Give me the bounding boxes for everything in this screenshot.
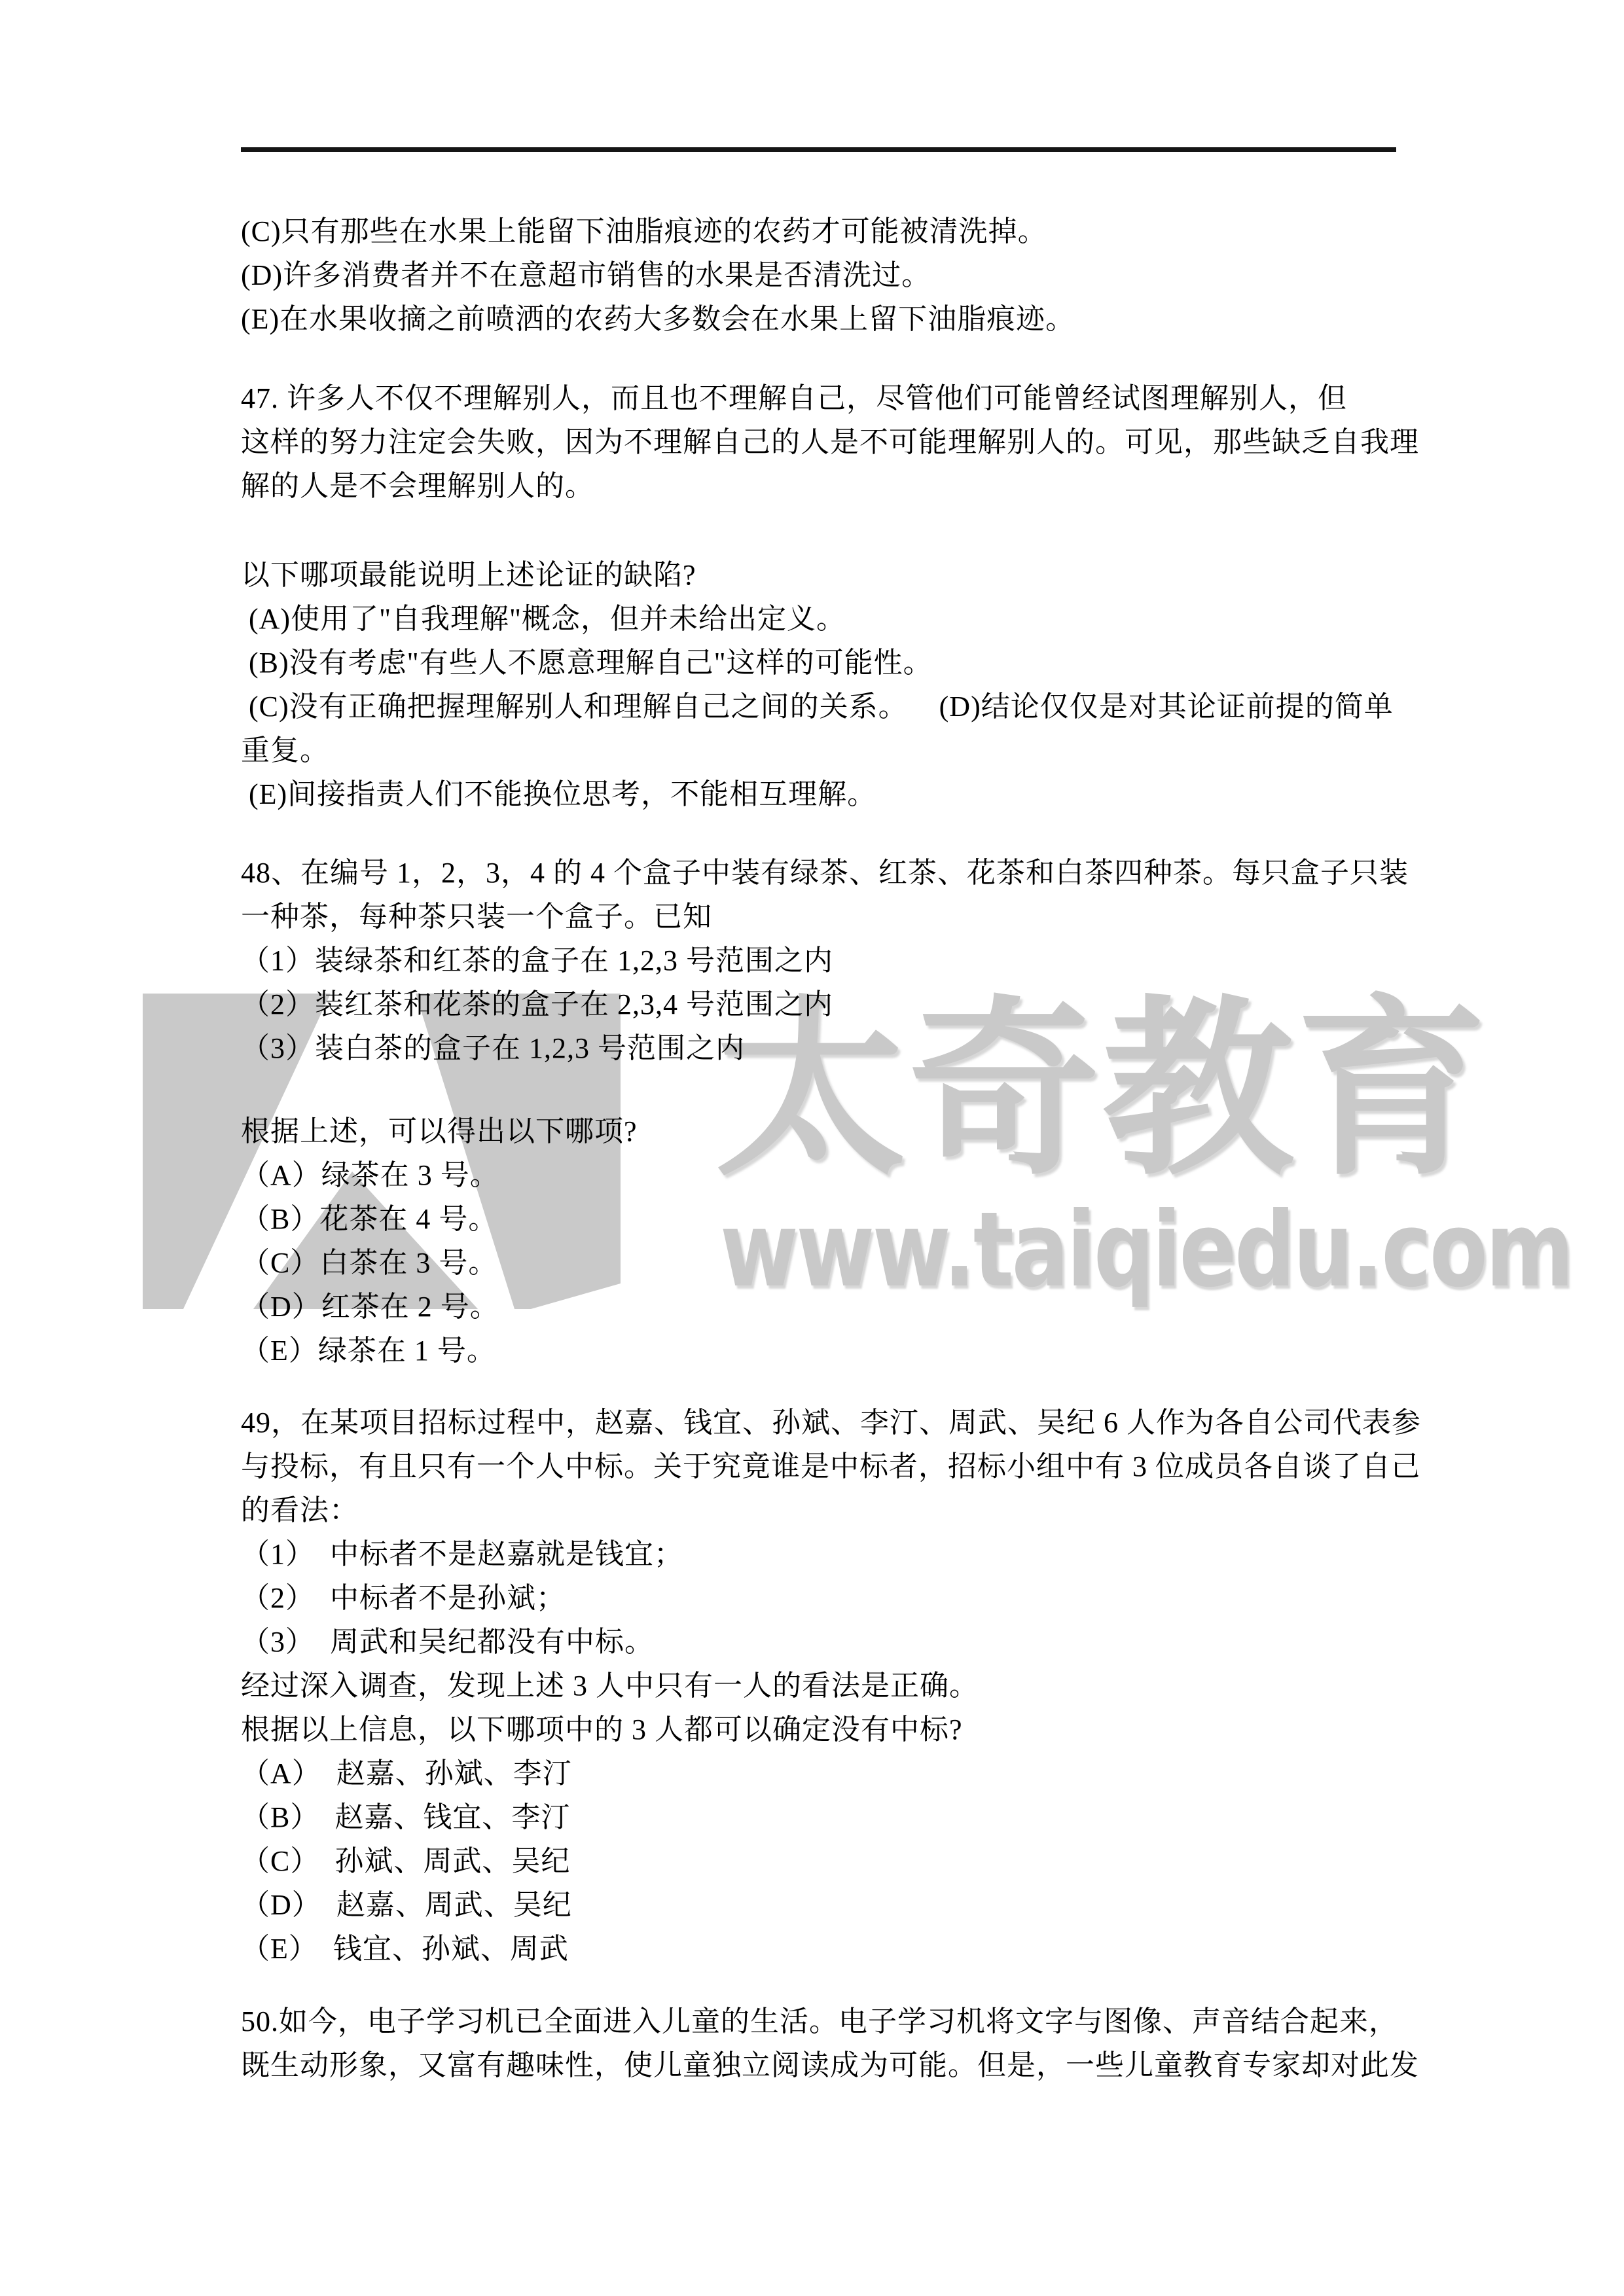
header-rule [241, 147, 1396, 152]
q49-option-e: （E） 钱宜、孙斌、周武 [241, 1927, 1413, 1971]
document-text: (C)只有那些在水果上能留下油脂痕迹的农药才可能被清洗掉。 (D)许多消费者并不… [241, 209, 1413, 2087]
q50-stem-line-1: 50.如今，电子学习机已全面进入儿童的生活。电子学习机将文字与图像、声音结合起来… [241, 2000, 1413, 2043]
q49-followup-line-1: 经过深入调查，发现上述 3 人中只有一人的看法是正确。 [241, 1664, 1413, 1708]
q48-option-d: （D）红茶在 2 号。 [241, 1285, 1413, 1329]
q46-option-d: (D)许多消费者并不在意超市销售的水果是否清洗过。 [241, 253, 1413, 297]
q49-stem-line-2: 与投标，有且只有一个人中标。关于究竟谁是中标者，招标小组中有 3 位成员各自谈了… [241, 1444, 1413, 1488]
q48-option-a: （A）绿茶在 3 号。 [241, 1153, 1413, 1197]
q48-option-e: （E）绿茶在 1 号。 [241, 1329, 1413, 1372]
q49-option-d: （D） 赵嘉、周武、吴纪 [241, 1883, 1413, 1927]
q48-condition-2: （2）装红茶和花茶的盒子在 2,3,4 号范围之内 [241, 982, 1413, 1026]
q47-option-b: (B)没有考虑"有些人不愿意理解自己"这样的可能性。 [241, 641, 1413, 685]
q49-stem-line-3: 的看法： [241, 1488, 1413, 1532]
q47-stem-line-2: 这样的努力注定会失败，因为不理解自己的人是不可能理解别人的。可见，那些缺乏自我理 [241, 420, 1413, 464]
q48-prompt: 根据上述，可以得出以下哪项? [241, 1109, 1413, 1153]
q46-option-e: (E)在水果收摘之前喷洒的农药大多数会在水果上留下油脂痕迹。 [241, 297, 1413, 341]
q49-option-b: （B） 赵嘉、钱宜、李汀 [241, 1795, 1413, 1839]
exam-page: 太奇教育 www.taiqiedu.com (C)只有那些在水果上能留下油脂痕迹… [0, 0, 1624, 2296]
q47-stem-line-1: 47. 许多人不仅不理解别人，而且也不理解自己，尽管他们可能曾经试图理解别人，但 [241, 376, 1413, 420]
q48-option-b: （B）花茶在 4 号。 [241, 1197, 1413, 1241]
q49-option-c: （C） 孙斌、周武、吴纪 [241, 1839, 1413, 1883]
q47-option-d-wrap: 重复。 [241, 728, 1413, 772]
q48-condition-1: （1）装绿茶和红茶的盒子在 1,2,3 号范围之内 [241, 939, 1413, 982]
q47-prompt: 以下哪项最能说明上述论证的缺陷? [241, 553, 1413, 597]
q50-stem-line-2: 既生动形象，又富有趣味性，使儿童独立阅读成为可能。但是，一些儿童教育专家却对此发 [241, 2043, 1413, 2087]
q49-condition-2: （2） 中标者不是孙斌； [241, 1576, 1413, 1620]
q49-condition-3: （3） 周武和吴纪都没有中标。 [241, 1620, 1413, 1664]
q49-option-a: （A） 赵嘉、孙斌、李汀 [241, 1751, 1413, 1795]
q49-followup-line-2: 根据以上信息，以下哪项中的 3 人都可以确定没有中标? [241, 1708, 1413, 1751]
q47-option-c-d: (C)没有正确把握理解别人和理解自己之间的关系。 (D)结论仅仅是对其论证前提的… [241, 685, 1413, 728]
q49-condition-1: （1） 中标者不是赵嘉就是钱宜； [241, 1532, 1413, 1576]
q47-option-a: (A)使用了"自我理解"概念，但并未给出定义。 [241, 597, 1413, 641]
q48-stem-line-1: 48、在编号 1，2，3，4 的 4 个盒子中装有绿茶、红茶、花茶和白茶四种茶。… [241, 851, 1413, 895]
q48-condition-3: （3）装白茶的盒子在 1,2,3 号范围之内 [241, 1026, 1413, 1070]
q48-option-c: （C）白茶在 3 号。 [241, 1241, 1413, 1285]
q49-stem-line-1: 49，在某项目招标过程中，赵嘉、钱宜、孙斌、李汀、周武、吴纪 6 人作为各自公司… [241, 1401, 1413, 1444]
q47-option-e: (E)间接指责人们不能换位思考，不能相互理解。 [241, 772, 1413, 816]
q47-stem-line-3: 解的人是不会理解别人的。 [241, 464, 1413, 508]
q48-stem-line-2: 一种茶，每种茶只装一个盒子。已知 [241, 895, 1413, 939]
q46-option-c: (C)只有那些在水果上能留下油脂痕迹的农药才可能被清洗掉。 [241, 209, 1413, 253]
